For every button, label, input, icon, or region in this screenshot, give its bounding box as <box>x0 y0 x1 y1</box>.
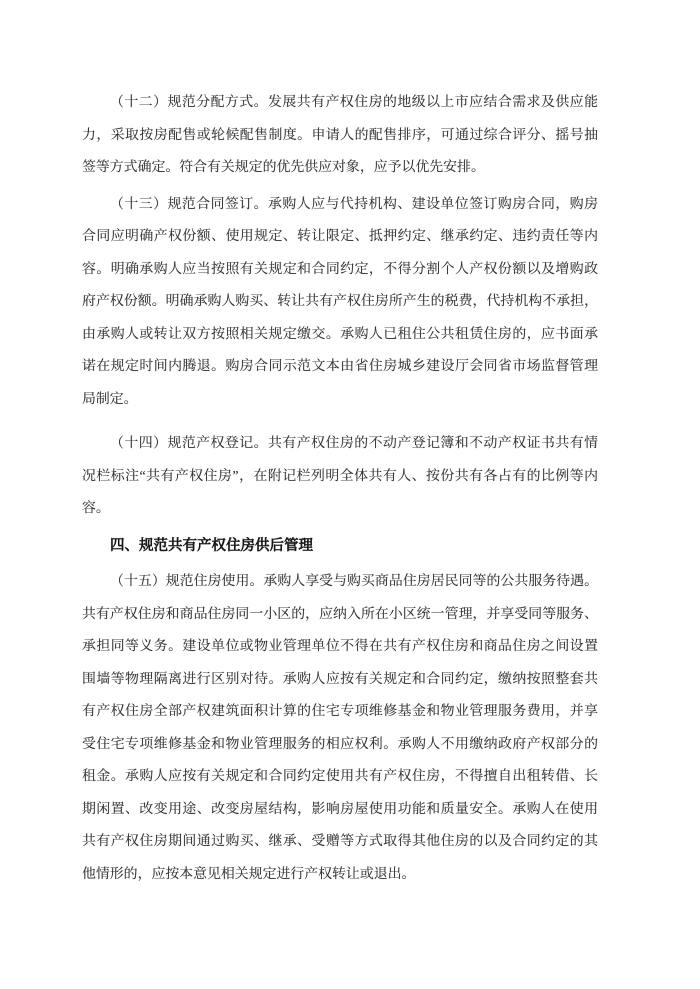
text-line: 容。 <box>82 493 598 526</box>
text-line: （十五）规范住房使用。承购人享受与购买商品住房居民同等的公共服务待遇。 <box>82 566 598 599</box>
text-line: 共有产权住房和商品住房同一小区的，应纳入所在小区统一管理，并享受同等服务、 <box>82 599 598 632</box>
paragraph: （十四）规范产权登记。共有产权住房的不动产登记簿和不动产权证书共有情况栏标注“共… <box>82 428 598 526</box>
text-line: 租金。承购人应按有关规定和合同约定使用共有产权住房，不得擅自出租转借、长 <box>82 761 598 794</box>
text-line: （十二）规范分配方式。发展共有产权住房的地级以上市应结合需求及供应能 <box>82 87 598 120</box>
text-line: 签等方式确定。符合有关规定的优先供应对象，应予以优先安排。 <box>82 152 598 185</box>
heading-line: 四、规范共有产权住房供后管理 <box>82 530 598 563</box>
text-line: 容。明确承购人应当按照有关规定和合同约定，不得分割个人产权份额以及增购政 <box>82 254 598 287</box>
text-line: 诺在规定时间内腾退。购房合同示范文本由省住房城乡建设厅会同省市场监督管理 <box>82 351 598 384</box>
document-page: （十二）规范分配方式。发展共有产权住房的地级以上市应结合需求及供应能力，采取按房… <box>0 0 700 989</box>
text-line: 合同应明确产权份额、使用规定、转让限定、抵押约定、继承约定、违约责任等内 <box>82 221 598 254</box>
text-line: 况栏标注“共有产权住房”，在附记栏列明全体共有人、按份共有各占有的比例等内 <box>82 461 598 494</box>
text-line: 受住宅专项维修基金和物业管理服务的相应权利。承购人不用缴纳政府产权部分的 <box>82 729 598 762</box>
document-body: （十二）规范分配方式。发展共有产权住房的地级以上市应结合需求及供应能力，采取按房… <box>82 87 598 891</box>
text-line: 共有产权住房期间通过购买、继承、受赠等方式取得其他住房的以及合同约定的其 <box>82 826 598 859</box>
text-line: 力，采取按房配售或轮候配售制度。申请人的配售排序，可通过综合评分、摇号抽 <box>82 120 598 153</box>
text-line: 承担同等义务。建设单位或物业管理单位不得在共有产权住房和商品住房之间设置 <box>82 631 598 664</box>
text-line: 有产权住房全部产权建筑面积计算的住宅专项维修基金和物业管理服务费用，并享 <box>82 696 598 729</box>
text-line: 围墙等物理隔离进行区别对待。承购人应按有关规定和合同约定，缴纳按照整套共 <box>82 664 598 697</box>
paragraph: （十五）规范住房使用。承购人享受与购买商品住房居民同等的公共服务待遇。共有产权住… <box>82 566 598 891</box>
section-heading: 四、规范共有产权住房供后管理 <box>82 530 598 563</box>
paragraph: （十三）规范合同签订。承购人应与代持机构、建设单位签订购房合同，购房合同应明确产… <box>82 189 598 417</box>
text-line: （十三）规范合同签订。承购人应与代持机构、建设单位签订购房合同，购房 <box>82 189 598 222</box>
paragraph: （十二）规范分配方式。发展共有产权住房的地级以上市应结合需求及供应能力，采取按房… <box>82 87 598 185</box>
text-line: 他情形的，应按本意见相关规定进行产权转让或退出。 <box>82 859 598 892</box>
text-line: 局制定。 <box>82 384 598 417</box>
text-line: （十四）规范产权登记。共有产权住房的不动产登记簿和不动产权证书共有情 <box>82 428 598 461</box>
text-line: 期闲置、改变用途、改变房屋结构，影响房屋使用功能和质量安全。承购人在使用 <box>82 794 598 827</box>
text-line: 由承购人或转让双方按照相关规定缴交。承购人已租住公共租赁住房的，应书面承 <box>82 319 598 352</box>
text-line: 府产权份额。明确承购人购买、转让共有产权住房所产生的税费，代持机构不承担， <box>82 286 598 319</box>
